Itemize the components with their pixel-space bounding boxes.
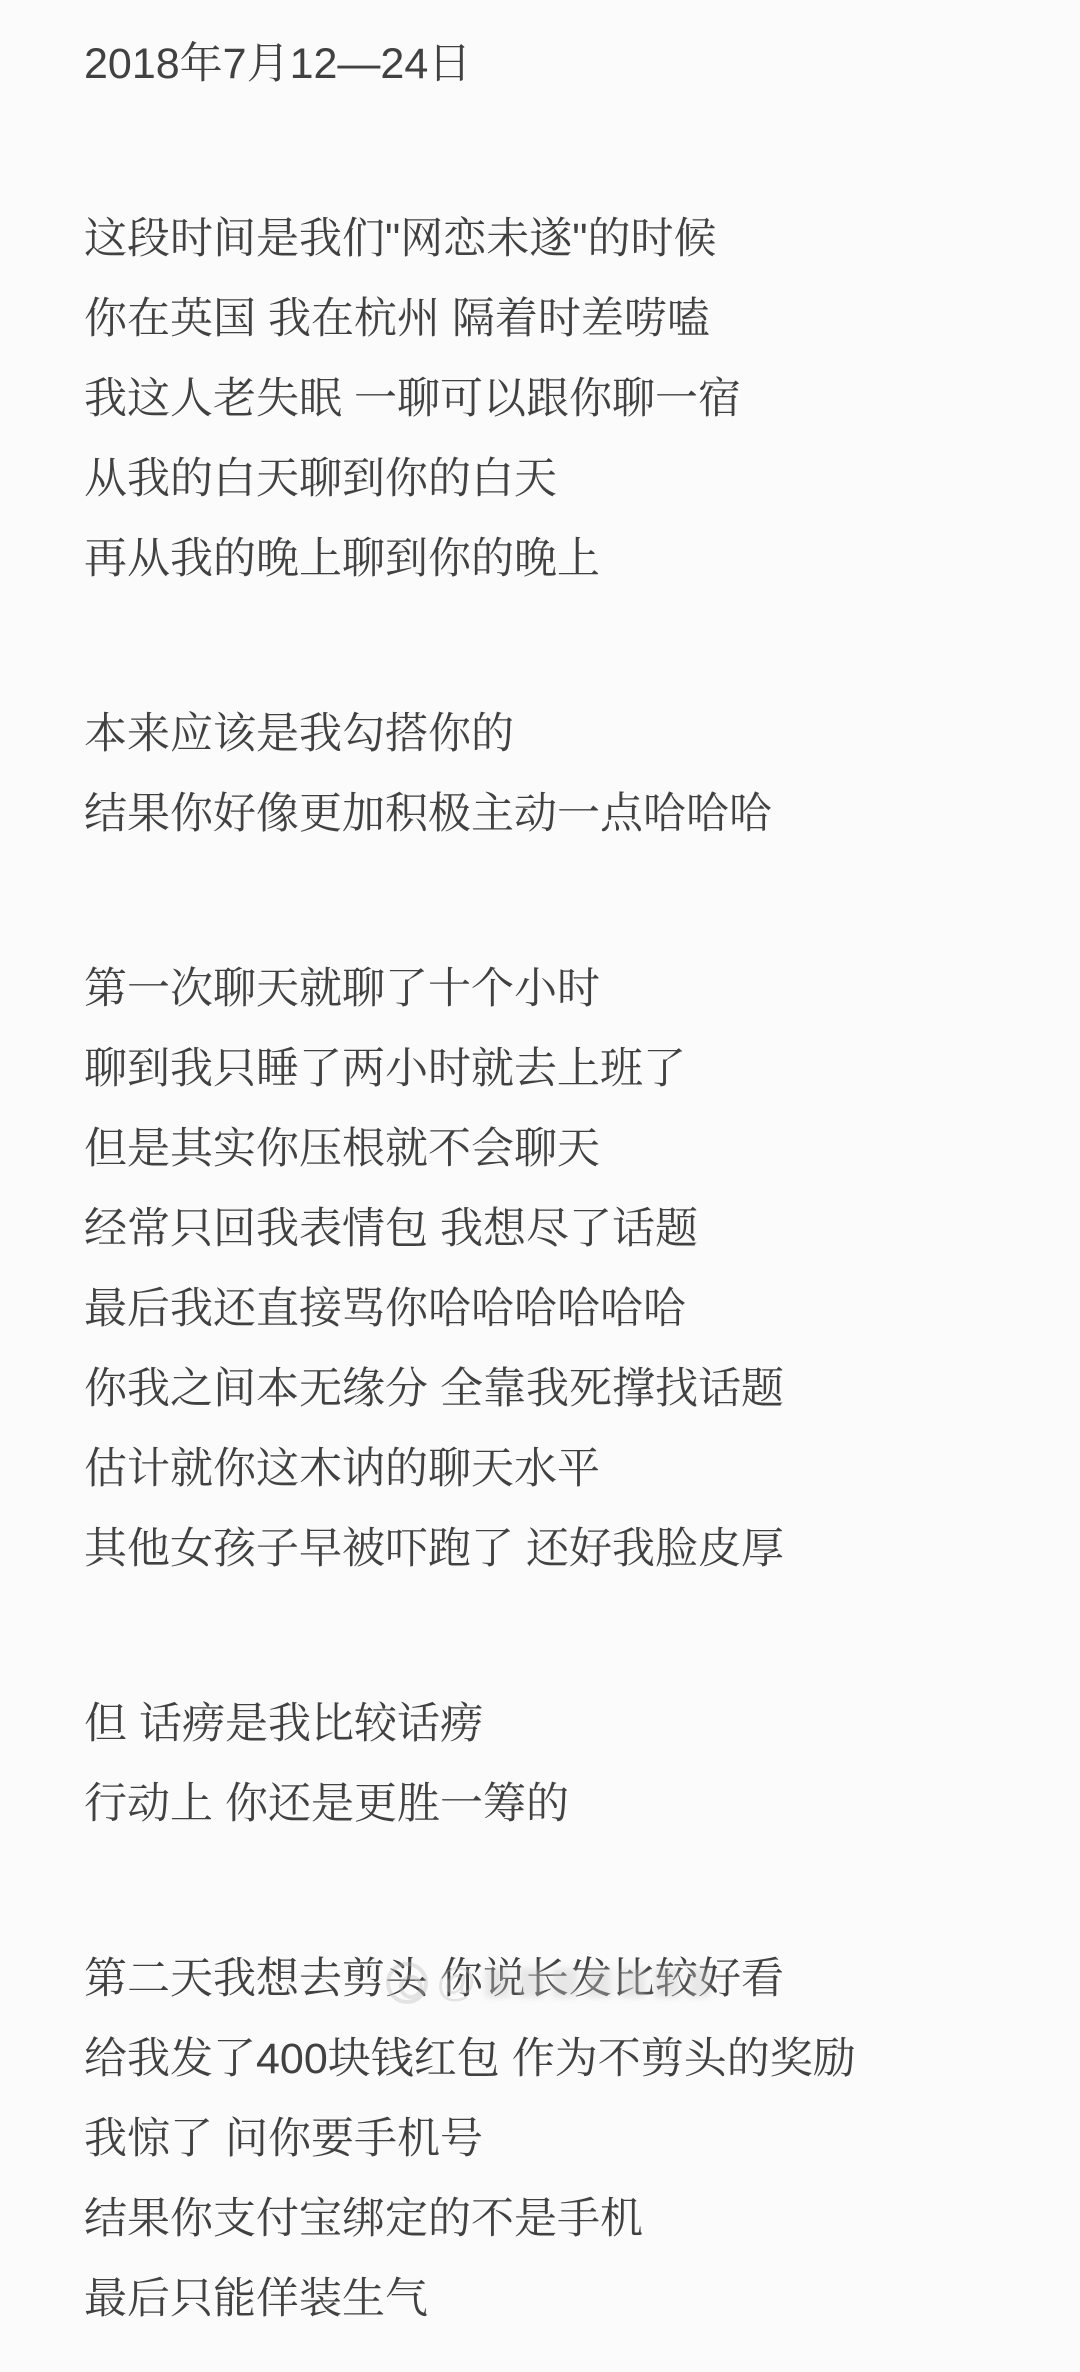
text-line: 行动上 你还是更胜一筹的: [84, 1764, 1050, 1844]
shared-text-image: 2018年7月12—24日 这段时间是我们"网恋未遂"的时候你在英国 我在杭州 …: [0, 0, 1080, 2372]
text-line: 你我之间本无缘分 全靠我死撑找话题: [84, 1349, 1050, 1429]
text-document: 2018年7月12—24日 这段时间是我们"网恋未遂"的时候你在英国 我在杭州 …: [0, 0, 1080, 2339]
text-line: 其他女孩子早被吓跑了 还好我脸皮厚: [84, 1509, 1050, 1589]
paragraph: 本来应该是我勾搭你的结果你好像更加积极主动一点哈哈哈: [84, 694, 1050, 854]
paragraph: 这段时间是我们"网恋未遂"的时候你在英国 我在杭州 隔着时差唠嗑我这人老失眠 一…: [84, 199, 1050, 599]
text-line: 第一次聊天就聊了十个小时: [84, 949, 1050, 1029]
text-line: 从我的白天聊到你的白天: [84, 439, 1050, 519]
text-line: 结果你好像更加积极主动一点哈哈哈: [84, 774, 1050, 854]
paragraph: 但 话痨是我比较话痨行动上 你还是更胜一筹的: [84, 1684, 1050, 1844]
text-line: 你在英国 我在杭州 隔着时差唠嗑: [84, 279, 1050, 359]
text-line: 给我发了400块钱红包 作为不剪头的奖励: [84, 2019, 1050, 2099]
text-line: 估计就你这木讷的聊天水平: [84, 1429, 1050, 1509]
paragraph: 第一次聊天就聊了十个小时聊到我只睡了两小时就去上班了但是其实你压根就不会聊天经常…: [84, 949, 1050, 1589]
text-line: 这段时间是我们"网恋未遂"的时候: [84, 199, 1050, 279]
text-line: 本来应该是我勾搭你的: [84, 694, 1050, 774]
paragraph-list: 这段时间是我们"网恋未遂"的时候你在英国 我在杭州 隔着时差唠嗑我这人老失眠 一…: [84, 199, 1050, 2339]
text-line: 经常只回我表情包 我想尽了话题: [84, 1189, 1050, 1269]
date-paragraph: 2018年7月12—24日: [84, 24, 1050, 104]
text-line: 但是其实你压根就不会聊天: [84, 1109, 1050, 1189]
text-line: 但 话痨是我比较话痨: [84, 1684, 1050, 1764]
text-line: 结果你支付宝绑定的不是手机: [84, 2179, 1050, 2259]
text-line: 最后我还直接骂你哈哈哈哈哈哈: [84, 1269, 1050, 1349]
text-line: 第二天我想去剪头 你说长发比较好看: [84, 1939, 1050, 2019]
text-line: 再从我的晚上聊到你的晚上: [84, 519, 1050, 599]
text-line: 我这人老失眠 一聊可以跟你聊一宿: [84, 359, 1050, 439]
text-line: 聊到我只睡了两小时就去上班了: [84, 1029, 1050, 1109]
text-line: 最后只能佯装生气: [84, 2259, 1050, 2339]
date-line: 2018年7月12—24日: [84, 24, 1050, 104]
paragraph: 第二天我想去剪头 你说长发比较好看给我发了400块钱红包 作为不剪头的奖励我惊了…: [84, 1939, 1050, 2339]
text-line: 我惊了 问你要手机号: [84, 2099, 1050, 2179]
